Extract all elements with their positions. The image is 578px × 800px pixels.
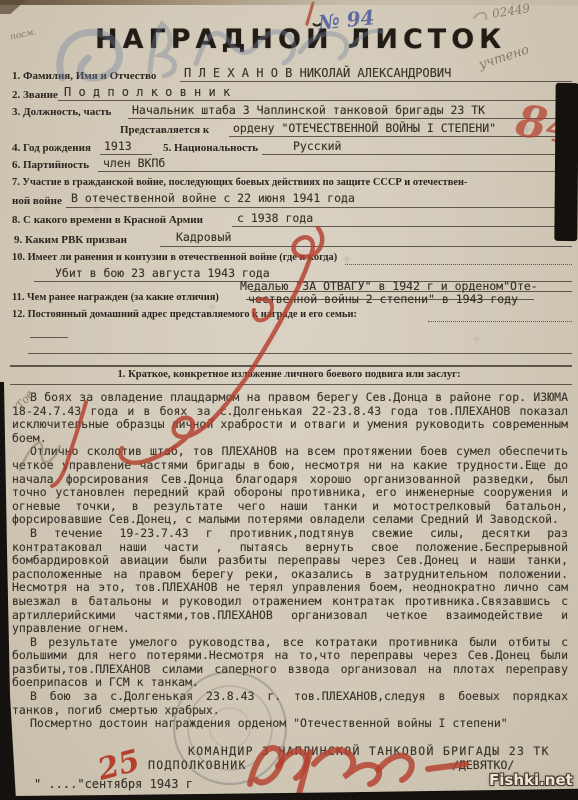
- field-6-value: член ВКПб: [103, 156, 165, 170]
- form-rule-line: [28, 353, 572, 354]
- site-watermark: Fishki.net: [489, 771, 573, 789]
- form-rule-line: [232, 226, 572, 227]
- field-1-label: 1. Фамилия, Имя и Отчество: [12, 70, 156, 82]
- field-1-value: П Л Е Х А Н О В НИКОЛАЙ АЛЕКСАНДРОВИЧ: [184, 66, 451, 80]
- field-3-value: Начальник штаба 3 Чаплинской танковой бр…: [132, 103, 485, 117]
- form-rule-line: [180, 81, 572, 82]
- citation-paragraph: Посмертно достоин награждения орденом "О…: [12, 717, 568, 731]
- field-8-label: 8. С какого времени в Красной Армии: [12, 214, 203, 226]
- commander-title-line: КОМАНДИР 3 ЧАПЛИНСКОЙ ТАНКОВОЙ БРИГАДЫ 2…: [188, 744, 550, 758]
- photo-edge-right: [554, 83, 578, 241]
- form-rule-line: [100, 154, 152, 155]
- field-award-label: Представляется к: [120, 124, 209, 136]
- form-rule-line: [128, 118, 572, 119]
- watermark-star-icon: ✦: [470, 330, 483, 350]
- photo-edge-top: [0, 0, 578, 5]
- field-4-label: 4. Год рождения: [12, 142, 91, 154]
- section-heading: 1. Краткое, конкретное изложение личного…: [0, 369, 578, 380]
- citation-paragraph: В результате умелого руководства, все ко…: [12, 636, 568, 690]
- form-rule-line: [246, 299, 534, 300]
- field-8-value: с 1938 года: [237, 211, 313, 225]
- form-rule-line: [428, 321, 572, 322]
- field-9-label: 9. Каким РВК призван: [14, 234, 127, 246]
- award-sheet-page: ✦ ✦ ✦ ✦ ✦ ✦ ✦ ✦ ✦ ✦ ✦ НАГРАДНОЙ ЛИСТОК 1…: [0, 0, 578, 800]
- field-2-value: П о д п о л к о в н и к: [64, 85, 230, 99]
- field-3-label: 3. Должность, часть: [12, 106, 111, 118]
- field-11-label: 11. Чем ранее награжден (за какие отличи…: [12, 292, 219, 303]
- field-7-value: В отечественной войне с 22 июня 1941 год…: [71, 191, 355, 205]
- pencil-margin-note-top: посм.: [9, 27, 37, 42]
- field-5-value: Русский: [293, 139, 341, 153]
- form-rule-line: [30, 337, 68, 338]
- field-2-label: 2. Звание: [12, 89, 58, 101]
- form-rule-line: [66, 207, 572, 208]
- field-9-value: Кадровый: [176, 230, 231, 244]
- citation-text: В боях за овладение плацдармом на правом…: [12, 391, 568, 731]
- watermark-star-icon: ✦: [340, 250, 353, 270]
- field-7-label-line1: 7. Участие в гражданской войне, последую…: [12, 177, 467, 188]
- form-rule-line: [160, 246, 572, 247]
- citation-paragraph: В бою за с.Долгенькая 23.8.43 г. тов.ПЛЕ…: [12, 690, 568, 717]
- commander-rank: ПОДПОЛКОВНИК: [148, 758, 247, 772]
- form-rule-line: [58, 100, 572, 101]
- citation-paragraph: Отлично сколотив штаб, тов ПЛЕХАНОВ на в…: [12, 445, 568, 527]
- form-rule-line: [345, 264, 572, 265]
- form-rule-line: [262, 154, 572, 155]
- commander-name: /ДЕВЯТКО/: [452, 758, 514, 772]
- citation-paragraph: В течение 19-23.7.43 г противник,подтяну…: [12, 527, 568, 636]
- field-10-label: 10. Имеет ли ранения и контузии в отечес…: [12, 252, 337, 263]
- field-4-value: 1913: [104, 139, 132, 153]
- field-12-label: 12. Постоянный домашний адрес представля…: [12, 309, 357, 320]
- field-10-value: Убит в бою 23 августа 1943 года: [55, 266, 270, 280]
- field-6-label: 6. Партийность: [12, 159, 89, 171]
- field-7-label-line2: ной войне: [12, 195, 62, 207]
- field-5-label: 5. Национальность: [163, 142, 258, 154]
- document-title: НАГРАДНОЙ ЛИСТОК: [95, 24, 485, 55]
- section-divider-line: [10, 384, 572, 385]
- section-divider-line: [10, 365, 572, 367]
- form-rule-line: [98, 171, 572, 172]
- photo-edge-top-left: [0, 0, 26, 14]
- pencil-scribble: [474, 13, 486, 19]
- field-award-value: ордену "ОТЕЧЕСТВЕННОЙ ВОЙНЫ I СТЕПЕНИ": [233, 121, 496, 135]
- citation-paragraph: В боях за овладение плацдармом на правом…: [12, 391, 568, 445]
